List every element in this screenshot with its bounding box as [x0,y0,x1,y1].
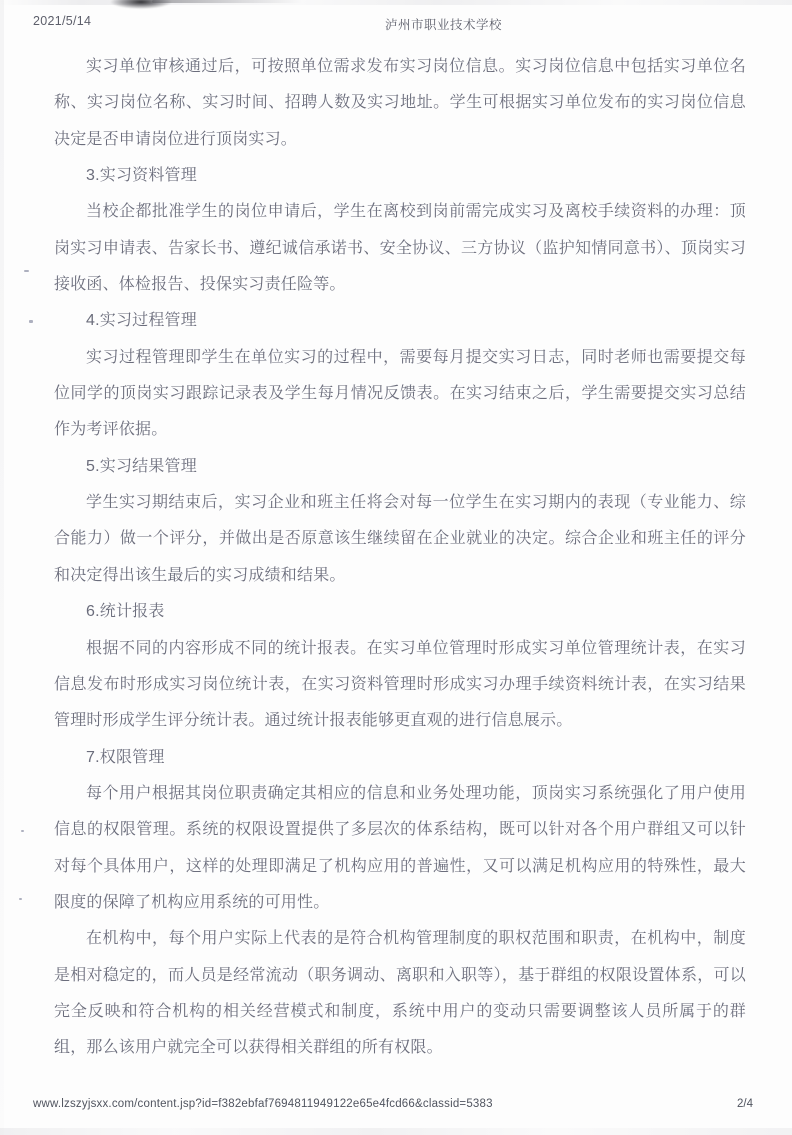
section-heading: 6.统计报表 [54,594,746,630]
paragraph: 实习单位审核通过后，可按照单位需求发布实习岗位信息。实习岗位信息中包括实习单位名… [54,49,746,158]
paragraph: 根据不同的内容形成不同的统计报表。在实习单位管理时形成实习单位管理统计表，在实习… [54,631,746,740]
scan-edge-bottom [0,1128,792,1135]
footer-url: www.lzszyjsxx.com/content.jsp?id=f382ebf… [33,1098,493,1110]
scan-speck [21,830,24,832]
section-heading: 5.实习结果管理 [54,449,746,485]
scan-edge-left [0,0,4,1135]
paragraph: 当校企都批准学生的岗位申请后，学生在离校到岗前需完成实习及离校手续资料的办理：顶… [54,194,746,303]
print-date: 2021/5/14 [33,14,91,28]
paragraph: 每个用户根据其岗位职责确定其相应的信息和业务处理功能，顶岗实习系统强化了用户使用… [54,776,746,921]
section-heading: 3.实习资料管理 [54,158,746,194]
page-title: 泸州市职业技术学校 [385,15,502,33]
scan-speck [19,898,22,900]
page-number-indicator: 2/4 [737,1098,753,1110]
paragraph: 在机构中，每个用户实际上代表的是符合机构管理制度的职权范围和职责，在机构中，制度… [54,921,746,1066]
paragraph: 学生实习期结束后，实习企业和班主任将会对每一位学生在实习期内的表现（专业能力、综… [54,485,746,594]
section-heading: 7.权限管理 [54,740,746,776]
scan-speck [29,320,33,323]
scan-speck [24,270,29,272]
printed-page: 2021/5/14 泸州市职业技术学校 实习单位审核通过后，可按照单位需求发布实… [0,0,792,1135]
document-body: 实习单位审核通过后，可按照单位需求发布实习岗位信息。实习岗位信息中包括实习单位名… [54,49,746,1067]
paragraph: 实习过程管理即学生在单位实习的过程中，需要每月提交实习日志，同时老师也需要提交每… [54,340,746,449]
scan-streak [152,0,302,3]
section-heading: 4.实习过程管理 [54,303,746,339]
